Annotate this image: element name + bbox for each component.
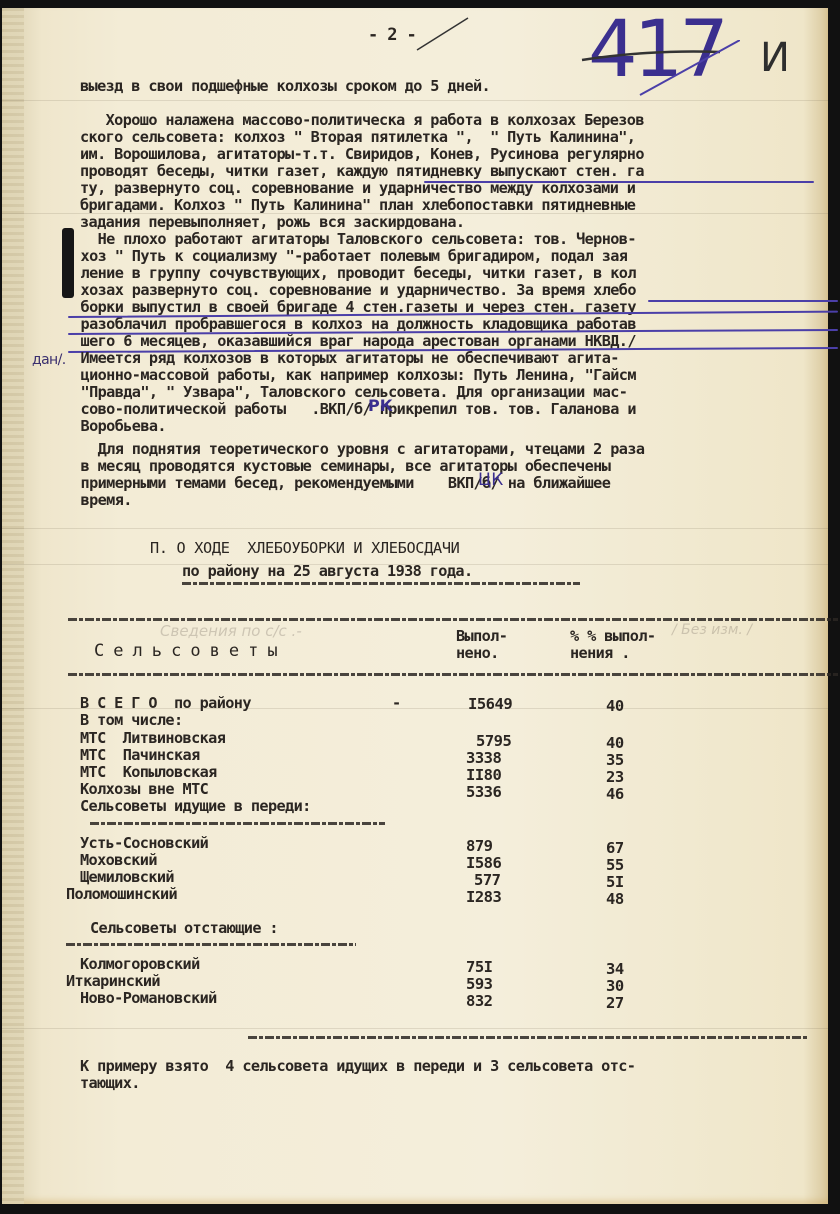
column-header-done-line2: нено. (456, 645, 499, 662)
row-done: 879 (466, 837, 493, 855)
text-line: Воробьева. (72, 418, 166, 435)
column-header-pct-line2: нения . (570, 645, 630, 662)
row-done: 75I (466, 958, 493, 976)
row-done: I5649 (468, 695, 512, 713)
row-name: Усть-Сосновский (80, 835, 208, 852)
row-pct: 34 (606, 960, 624, 978)
leading-group-rule (90, 822, 385, 825)
margin-note: дан/. (32, 352, 66, 369)
text-line: бригадами. Колхоз " Путь Калинина" план … (80, 197, 635, 214)
handwritten-insert-ck: ЦК (478, 470, 503, 490)
text-line: в месяц проводятся кустовые семинары, вс… (72, 458, 610, 475)
row-done: 3338 (466, 749, 501, 767)
text-line: хозах развернуто соц. соревнование и уда… (72, 282, 636, 299)
row-pct: 67 (606, 839, 624, 857)
blue-underline (648, 300, 838, 302)
row-done: 577 (474, 871, 501, 889)
including-label: В том числе: (80, 712, 183, 729)
row-name: Колхозы вне МТС (80, 781, 208, 798)
strike-through-icon (580, 40, 740, 100)
row-done: 5795 (476, 732, 511, 750)
row-pct: 23 (606, 768, 624, 786)
heading-underline (182, 582, 580, 585)
section-heading: П. О ХОДЕ ХЛЕБОУБОРКИ И ХЛЕБОСДАЧИ (150, 540, 460, 557)
text-line: тающих. (80, 1075, 140, 1092)
row-name: МТС Копыловская (80, 764, 217, 781)
row-pct: 5I (606, 873, 624, 891)
text-line: шего 6 месяцев, оказавшийся враг народа … (72, 333, 636, 350)
text-line: ского сельсовета: колхоз " Вторая пятиле… (80, 129, 635, 146)
column-header-pct-line1: % % выпол- (570, 628, 655, 645)
faint-stamp-left: Сведения по с/с .- (160, 622, 302, 640)
row-done: I586 (466, 854, 501, 872)
column-header-selsovety: С е л ь с о в е т ы (94, 643, 277, 660)
row-pct: 55 (606, 856, 624, 874)
lagging-group-rule (66, 943, 356, 946)
table-top-rule (68, 618, 838, 621)
text-line: Для поднятия теоретического уровня с аги… (72, 441, 644, 458)
row-name: В С Е Г О по району (80, 695, 251, 712)
row-done: 832 (466, 992, 493, 1010)
text-line: задания перевыполняет, рожь вся заскирдо… (80, 214, 464, 231)
row-done: 5336 (466, 783, 501, 801)
text-line: выезд в свои подшефные колхозы сроком до… (80, 78, 490, 95)
text-line: примерными темами бесед, рекомендуемыми … (72, 475, 610, 492)
row-pct: 40 (606, 734, 624, 752)
row-name: Иткаринский (66, 973, 160, 990)
text-line: сово-политической работы .ВКП/б/ прикреп… (72, 401, 636, 418)
row-name: Щемиловский (80, 869, 174, 886)
table-header-rule (68, 673, 838, 676)
text-line: Имеется ряд колхозов в которых агитаторы… (72, 350, 619, 367)
row-pct: 30 (606, 977, 624, 995)
faint-stamp-right: / Без изм. / (672, 622, 752, 638)
row-pct: 46 (606, 785, 624, 803)
row-name: Поломошинский (66, 886, 177, 903)
table-bottom-rule (248, 1036, 808, 1039)
text-line: проводят беседы, читки газет, каждую пят… (80, 163, 644, 180)
text-line: Хорошо налажена массово-политическа я ра… (80, 112, 644, 129)
text-line: К примеру взято 4 сельсовета идущих в пе… (80, 1058, 635, 1075)
handwritten-slash-icon (412, 14, 472, 54)
text-line: время. (72, 492, 132, 509)
text-line: ление в группу сочувствующих, проводит б… (72, 265, 636, 282)
section-subheading: по району на 25 августа 1938 года. (182, 563, 472, 580)
row-name: Колмогоровский (80, 956, 200, 973)
row-done: I283 (466, 888, 501, 906)
row-pct: 48 (606, 890, 624, 908)
blue-underline (424, 181, 814, 183)
row-name: МТС Пачинская (80, 747, 200, 764)
handwritten-insert-rk: РК (368, 396, 393, 415)
row-pct: 35 (606, 751, 624, 769)
row-pct: 27 (606, 994, 624, 1012)
text-line: хоз " Путь к социализму "-работает полев… (72, 248, 627, 265)
text-line: им. Ворошилова, агитаторы-т.т. Свиридов,… (80, 146, 644, 163)
handwritten-letter: И (760, 36, 790, 80)
row-name: МТС Литвиновская (80, 730, 225, 747)
text-line: ционно-массовой работы, как например кол… (72, 367, 636, 384)
ruling-line (2, 100, 828, 101)
leading-group-label: Сельсоветы идущие в переди: (80, 798, 311, 815)
column-header-done-line1: Выпол- (456, 628, 507, 645)
row-dash: - (392, 695, 401, 712)
lagging-group-label: Сельсоветы отстающие : (90, 920, 278, 937)
ruling-line (2, 1028, 828, 1029)
row-done: 593 (466, 975, 493, 993)
row-done: II80 (466, 766, 501, 784)
text-line: Не плохо работают агитаторы Таловского с… (72, 231, 636, 248)
text-line: "Правда", " Узвара", Таловского сельсове… (72, 384, 627, 401)
page-number-marker: - 2 - (368, 27, 416, 44)
row-name: Ново-Романовский (80, 990, 217, 1007)
ruling-line (2, 528, 828, 529)
row-name: Моховский (80, 852, 157, 869)
row-pct: 40 (606, 697, 624, 715)
